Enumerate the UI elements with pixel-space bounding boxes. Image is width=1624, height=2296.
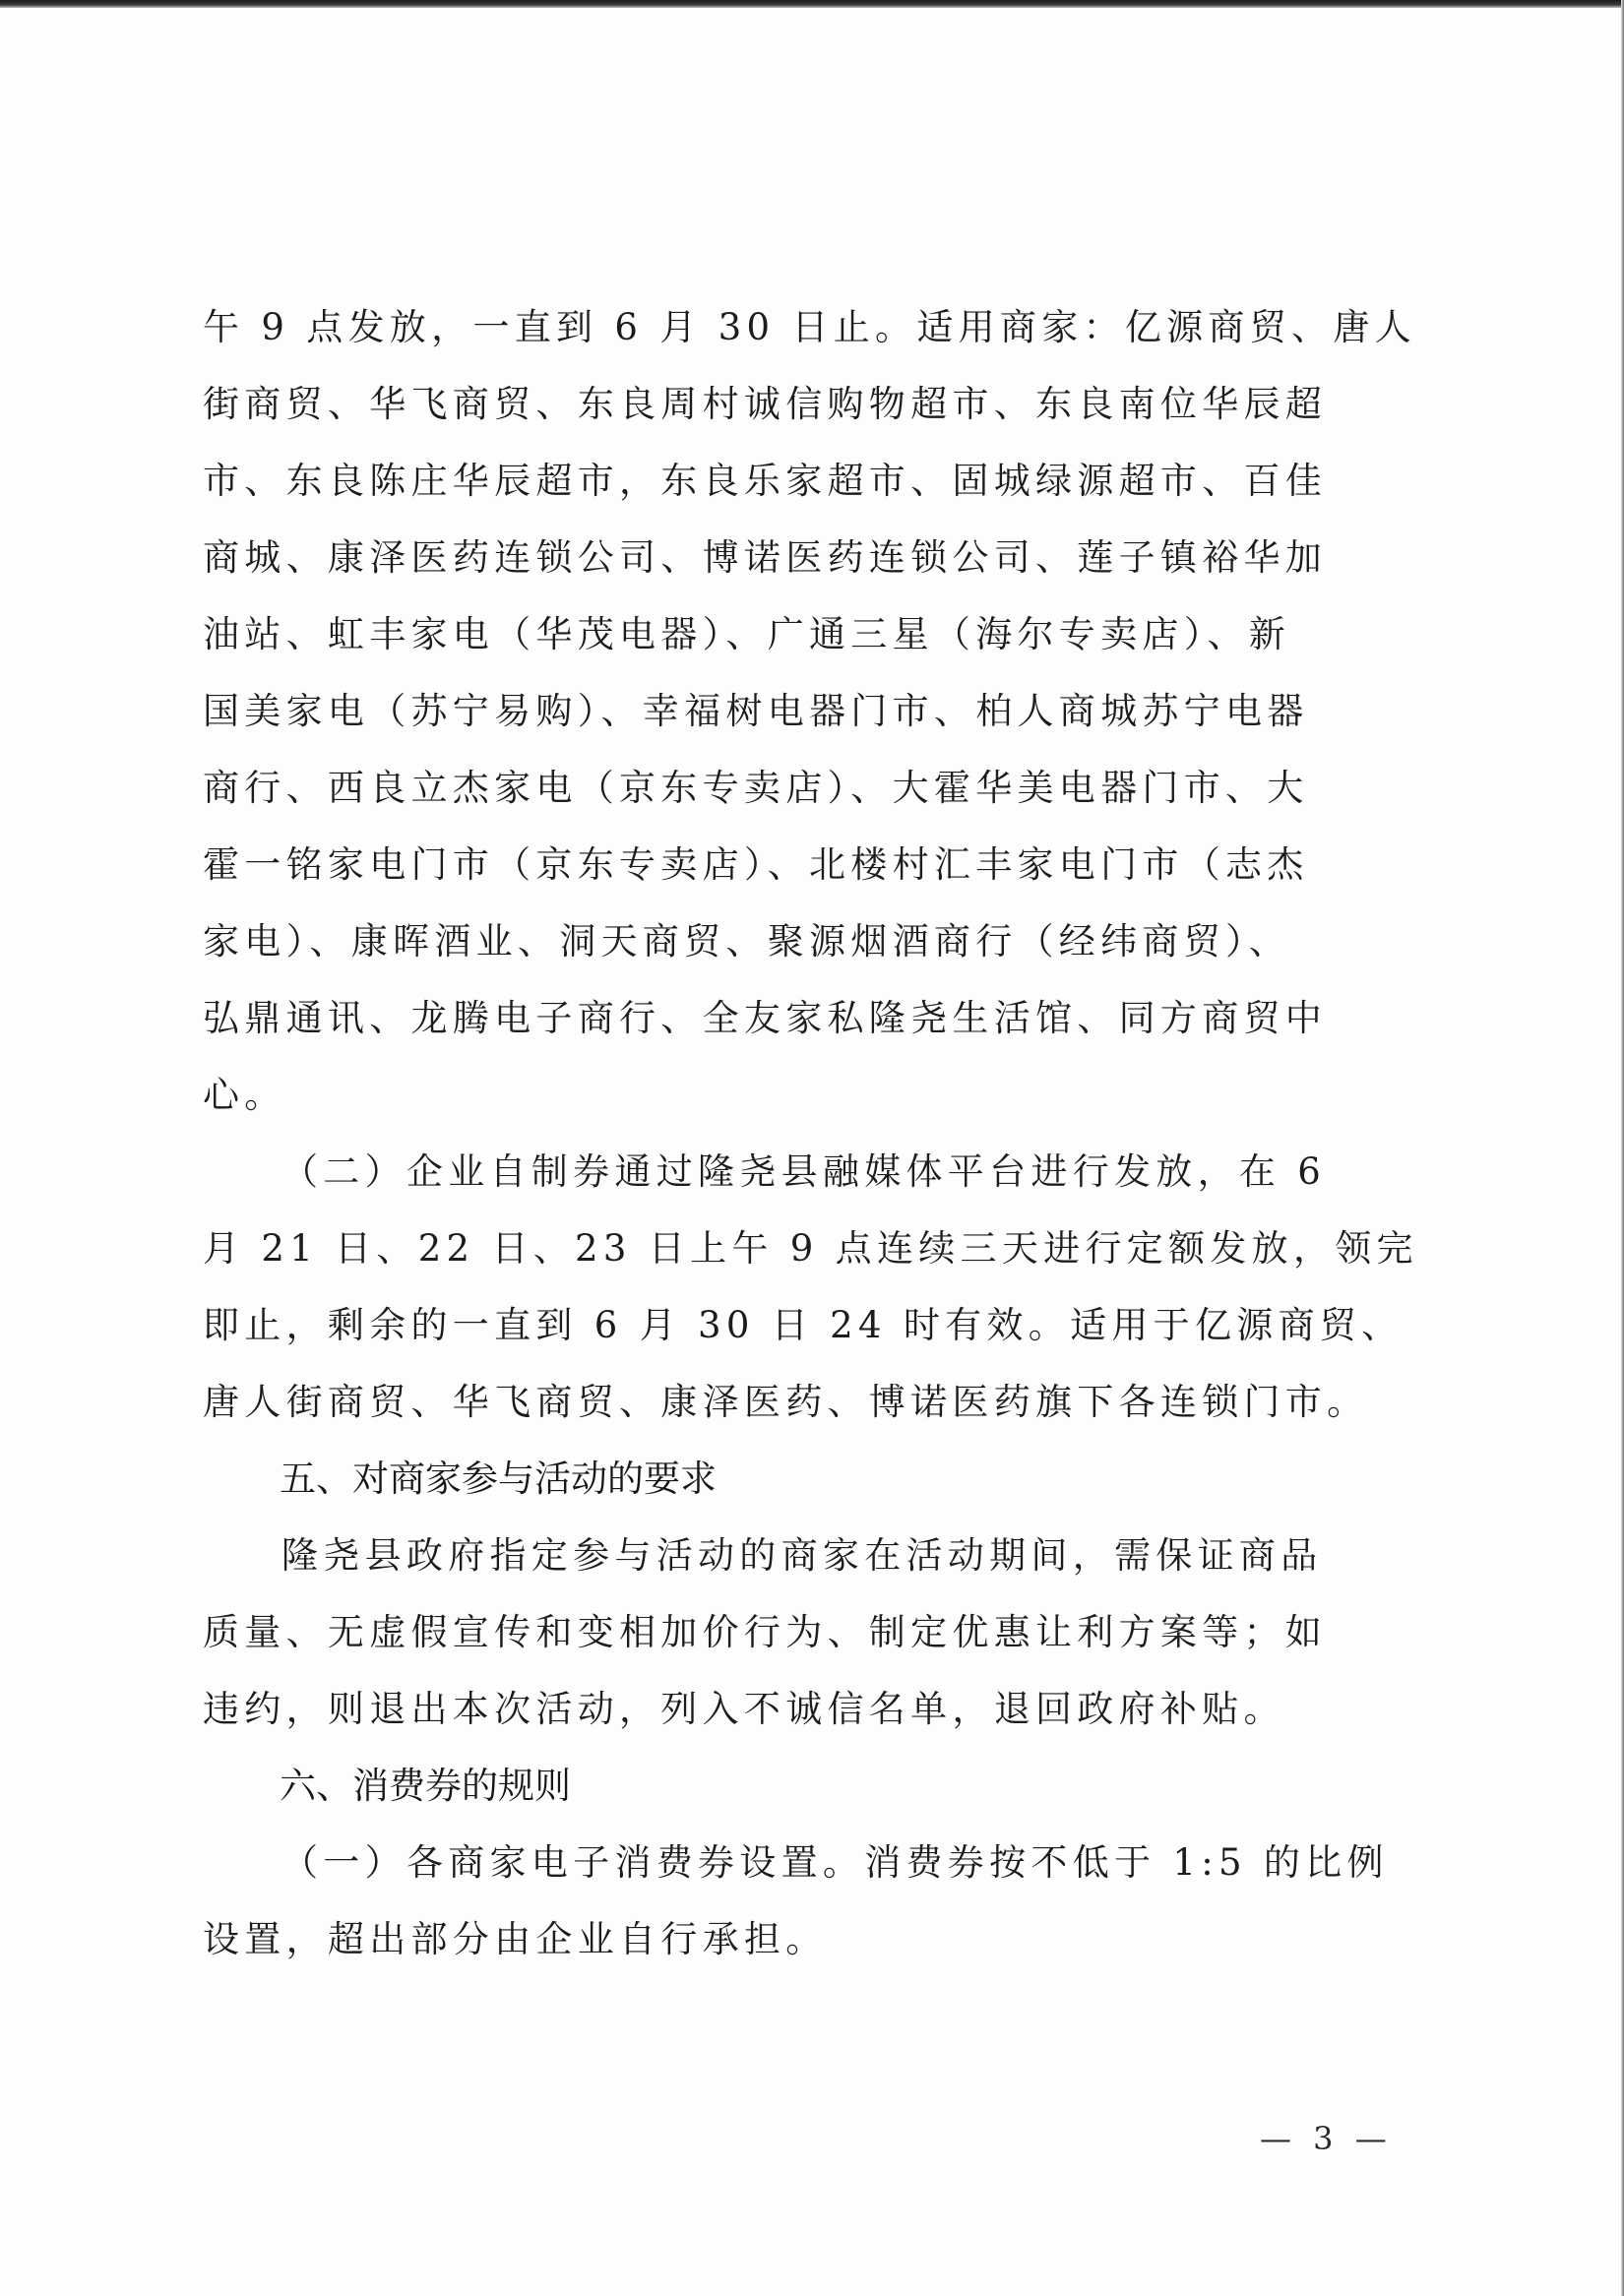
body-line: 国美家电（苏宁易购）、幸福树电器门市、柏人商城苏宁电器	[203, 682, 1309, 741]
body-line: 心。	[203, 1066, 286, 1125]
body-line: 弘鼎通讯、龙腾电子商行、全友家私隆尧生活馆、同方商贸中	[203, 989, 1327, 1048]
body-line: 油站、虹丰家电（华茂电器）、广通三星（海尔专卖店）、新	[203, 605, 1290, 664]
section-heading: 五、对商家参与活动的要求	[280, 1450, 717, 1509]
body-line: 霍一铭家电门市（京东专卖店）、北楼村汇丰家电门市（志杰	[203, 836, 1309, 895]
body-line: 违约，则退出本次活动，列入不诚信名单，退回政府补贴。	[203, 1680, 1285, 1739]
body-line: （一）各商家电子消费券设置。消费券按不低于 1:5 的比例	[281, 1833, 1389, 1893]
page-number: — 3 —	[1260, 2114, 1393, 2163]
document-page: 午 9 点发放，一直到 6 月 30 日止。适用商家：亿源商贸、唐人 街商贸、华…	[0, 0, 1624, 2296]
body-line: 商行、西良立杰家电（京东专卖店）、大霍华美电器门市、大	[203, 759, 1309, 818]
body-line: 隆尧县政府指定参与活动的商家在活动期间，需保证商品	[281, 1526, 1323, 1585]
body-line: 家电）、康晖酒业、洞天商贸、聚源烟酒商行（经纬商贸）、	[203, 912, 1290, 971]
body-line: （二）企业自制券通过隆尧县融媒体平台进行发放，在 6	[281, 1143, 1326, 1202]
body-line: 商城、康泽医药连锁公司、博诺医药连锁公司、莲子镇裕华加	[203, 528, 1327, 588]
body-line: 月 21 日、22 日、23 日上午 9 点连续三天进行定额发放，领完	[203, 1219, 1418, 1278]
body-line: 市、东良陈庄华辰超市，东良乐家超市、固城绿源超市、百佳	[203, 452, 1327, 511]
body-line: 设置，超出部分由企业自行承担。	[203, 1910, 828, 1969]
body-line: 午 9 点发放，一直到 6 月 30 日止。适用商家：亿源商贸、唐人	[203, 298, 1416, 357]
body-line: 即止，剩余的一直到 6 月 30 日 24 时有效。适用于亿源商贸、	[203, 1296, 1403, 1355]
body-line: 唐人街商贸、华飞商贸、康泽医药、博诺医药旗下各连锁门市。	[203, 1373, 1368, 1432]
body-line: 街商贸、华飞商贸、东良周村诚信购物超市、东良南位华辰超	[203, 375, 1327, 434]
body-line: 质量、无虚假宣传和变相加价行为、制定优惠让利方案等；如	[203, 1603, 1327, 1662]
section-heading: 六、消费券的规则	[280, 1757, 571, 1816]
